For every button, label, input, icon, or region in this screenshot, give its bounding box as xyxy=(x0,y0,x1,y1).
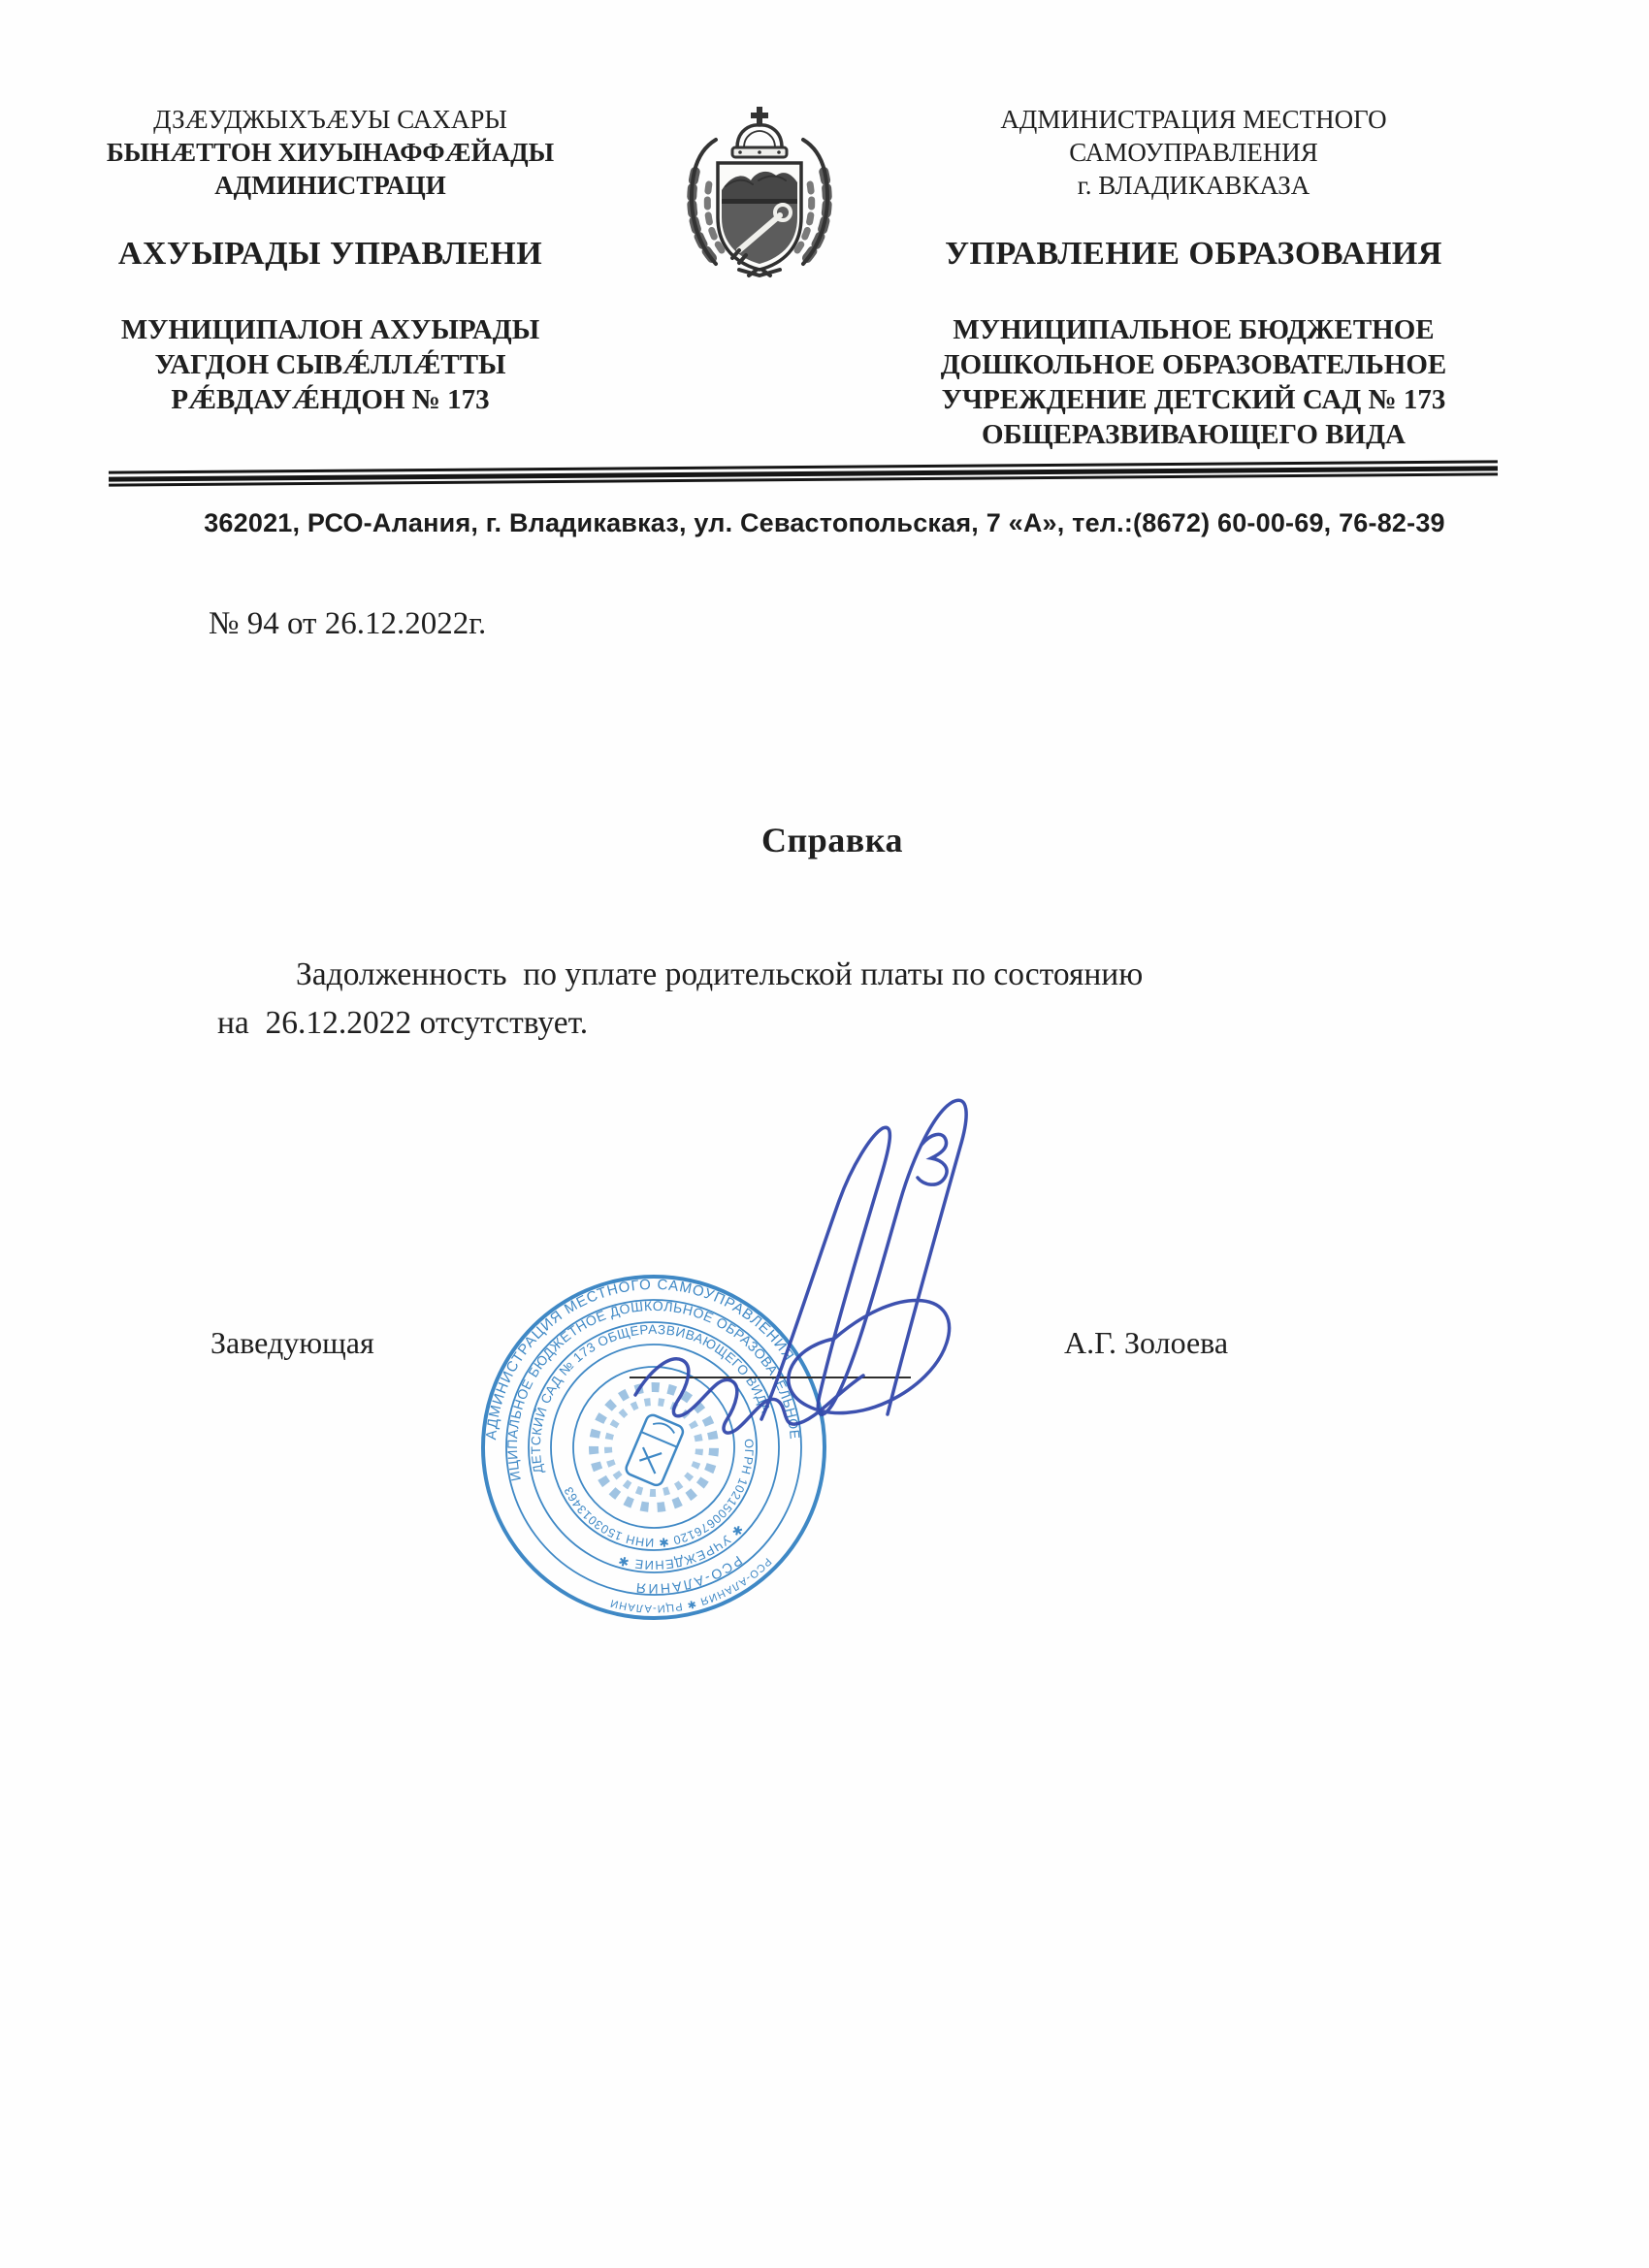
signature-role-label: Заведующая xyxy=(210,1325,374,1361)
stamp-ring3-bottom-text: ✱ УЧРЕЖДЕНИЕ ✱ xyxy=(613,1520,752,1586)
letterhead-left-line3: АДМИНИСТРАЦИ xyxy=(85,169,575,202)
body-text-line1: Задолженность по уплате родительской пла… xyxy=(296,951,1143,999)
letterhead-right-org2: ДОШКОЛЬНОЕ ОБРАЗОВАТЕЛЬНОЕ xyxy=(910,347,1477,382)
handwritten-signature-ink xyxy=(543,1085,1028,1511)
letterhead-left-ossetian: ДЗÆУДЖЫХЪÆУЫ САХАРЫ БЫНÆТТОН ХИУЫНАФФÆЙА… xyxy=(85,103,575,417)
letterhead-left-title: АХУЫРАДЫ УПРАВЛЕНИ xyxy=(85,235,575,274)
letterhead-right-line2: САМОУПРАВЛЕНИЯ xyxy=(910,136,1477,169)
document-number-line: № 94 от 26.12.2022г. xyxy=(209,606,486,642)
letterhead-left-org3: РǼВДАУǼНДОН № 173 xyxy=(85,382,575,417)
letterhead-right-org3: УЧРЕЖДЕНИЕ ДЕТСКИЙ САД № 173 xyxy=(910,382,1477,417)
letterhead-right-russian: АДМИНИСТРАЦИЯ МЕСТНОГО САМОУПРАВЛЕНИЯ г.… xyxy=(910,103,1477,452)
vladikavkaz-coat-of-arms-icon xyxy=(683,105,838,279)
letterhead-left-line2: БЫНÆТТОН ХИУЫНАФФÆЙАДЫ xyxy=(85,136,575,169)
letterhead-left-org1: МУНИЦИПАЛОН АХУЫРАДЫ xyxy=(85,312,575,347)
body-text-line2: на 26.12.2022 отсутствует. xyxy=(217,999,588,1048)
letterhead-left-line1: ДЗÆУДЖЫХЪÆУЫ САХАРЫ xyxy=(85,103,575,136)
document-title: Справка xyxy=(0,820,1649,860)
letterhead-divider-rule xyxy=(109,459,1498,486)
letterhead-left-org2: УАГДОН СЫВǼЛЛǼТТЫ xyxy=(85,347,575,382)
letterhead-right-org4: ОБЩЕРАЗВИВАЮЩЕГО ВИДА xyxy=(910,417,1477,452)
letterhead-right-org1: МУНИЦИПАЛЬНОЕ БЮДЖЕТНОЕ xyxy=(910,312,1477,347)
letterhead-address-line: 362021, РСО-Алания, г. Владикавказ, ул. … xyxy=(0,508,1649,538)
letterhead-right-line1: АДМИНИСТРАЦИЯ МЕСТНОГО xyxy=(910,103,1477,136)
signature-name: А.Г. Золоева xyxy=(1064,1325,1228,1361)
scanned-letter-page: { "header": { "left": { "line1": "ДЗÆУДЖ… xyxy=(0,0,1649,2268)
letterhead-right-line3: г. ВЛАДИКАВКАЗА xyxy=(910,169,1477,202)
svg-text:✱ УЧРЕЖДЕНИЕ ✱: ✱ УЧРЕЖДЕНИЕ ✱ xyxy=(613,1520,752,1586)
letterhead-right-title: УПРАВЛЕНИЕ ОБРАЗОВАНИЯ xyxy=(910,235,1477,274)
